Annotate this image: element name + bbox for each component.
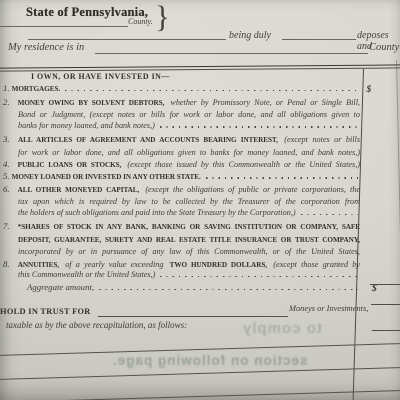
item-2-line-2: Bond or Judgment, (except notes or bills… — [3, 107, 360, 119]
item-clause: whether by Promissory Note, or Penal or … — [170, 98, 360, 107]
county-label: County. — [128, 17, 153, 26]
item-2-line-3: banks for money loaned, and bank notes,) — [3, 120, 360, 132]
leader-dots — [99, 289, 358, 290]
item-3-line-1: 3. ALL ARTICLES OF AGREEMENT AND ACCOUNT… — [3, 132, 360, 144]
item-heading: ALL ARTICLES OF AGREEMENT AND ACCOUNTS B… — [18, 136, 278, 144]
item-clause: (except those granted by — [273, 260, 360, 269]
item-heading: MONEY OWING BY SOLVENT DEBTORS, — [18, 99, 165, 107]
item-6-line-3: the holders of such obligations and paid… — [3, 207, 360, 219]
taxable-note: taxable as by the above recapitulation, … — [6, 320, 187, 330]
item-clause: for work or labor done, and all obligati… — [18, 148, 360, 157]
item-8-line-2: this Commonwealth or the United States,) — [3, 269, 360, 281]
item-6-line-2: tax upon which is required by law to be … — [3, 194, 360, 206]
item-clause: of a yearly value exceeding — [65, 260, 163, 269]
document-page: State of Pennsylvania, County. } being d… — [0, 0, 400, 400]
item-7-line-1: 7. *SHARES OF STOCK IN ANY BANK, BANKING… — [3, 219, 360, 231]
item-clause: tax upon which is required by law to be … — [18, 197, 360, 206]
item-number: 6. — [3, 184, 10, 194]
item-number: 8. — [3, 259, 10, 269]
item-8-line-1: 8. ANNUITIES, of a yearly value exceedin… — [3, 257, 360, 269]
item-number: 3. — [3, 134, 10, 144]
item-3-line-2: for work or labor done, and all obligati… — [3, 145, 360, 157]
dollar-sign-top: $ — [367, 85, 372, 95]
invested-items-section: I OWN, OR HAVE INVESTED IN— 1. MORTGAGES… — [3, 70, 360, 294]
item-clause: banks for money loaned, and bank notes,) — [18, 120, 155, 132]
item-clause: (except the obligations of public or pri… — [145, 185, 360, 194]
section-title: I OWN, OR HAVE INVESTED IN— — [3, 70, 360, 82]
hold-in-trust-blank-line — [98, 316, 288, 317]
item-clause: Bond or Judgment, (except notes or bills… — [18, 110, 360, 119]
bleedthrough-text-2: section on following page. — [112, 353, 308, 368]
leader-dots — [65, 90, 358, 91]
being-duly-label: being duly — [229, 30, 271, 41]
item-clause: this Commonwealth or the United States,) — [18, 269, 155, 281]
hold-in-trust-label: HOLD IN TRUST FOR — [0, 307, 91, 316]
item-heading: ALL OTHER MONEYED CAPITAL, — [18, 186, 140, 194]
item-heading: ANNUITIES, — [18, 261, 59, 269]
aggregate-box-bottom-line — [371, 304, 400, 305]
item-number: 1. — [3, 82, 10, 94]
item-clause: the holders of such obligations and paid… — [18, 207, 296, 219]
leader-dots — [301, 214, 358, 215]
item-number: 7. — [3, 221, 10, 231]
item-2-line-1: 2. MONEY OWING BY SOLVENT DEBTORS, wheth… — [3, 95, 360, 107]
amount-cell-line — [372, 330, 400, 331]
residence-label: My residence is in — [8, 42, 84, 53]
item-7-line-2: DEPOSIT, GUARANTEE, SURETY AND REAL ESTA… — [3, 232, 360, 244]
county-right-label: County — [369, 42, 399, 53]
item-clause: (except notes or bills — [284, 135, 360, 144]
item-heading: DEPOSIT, GUARANTEE, SURETY AND REAL ESTA… — [18, 236, 360, 244]
item-6-line-1: 6. ALL OTHER MONEYED CAPITAL, (except th… — [3, 182, 360, 194]
item-4-line-1: 4. PUBLIC LOANS OR STOCKS, (except those… — [3, 157, 360, 169]
ruled-line-3 — [0, 390, 400, 400]
item-1-line-1: 1. MORTGAGES. — [3, 82, 360, 94]
bleedthrough-text-1: to comply — [242, 320, 322, 337]
invested-items-list: 1. MORTGAGES.2. MONEY OWING BY SOLVENT D… — [3, 82, 360, 281]
moneys-note: Moneys or Investments, — [289, 304, 368, 313]
aggregate-row: Aggregate amount, — [3, 281, 360, 293]
item-number: 2. — [3, 97, 10, 107]
leader-dots — [206, 177, 358, 178]
county-blank-line — [0, 26, 128, 27]
aggregate-label: Aggregate amount, — [27, 281, 94, 293]
leader-dots — [160, 126, 358, 127]
item-heading: TWO HUNDRED DOLLARS, — [170, 261, 267, 269]
item-heading: *SHARES OF STOCK IN ANY BANK, BANKING OR… — [18, 223, 360, 231]
item-number: 4. — [3, 159, 10, 169]
residence-blank-line — [95, 53, 368, 54]
county-brace-icon: } — [155, 1, 170, 32]
ruled-line-2 — [0, 367, 400, 380]
item-5-line-1: 5. MONEY LOANED OR INVESTED IN ANY OTHER… — [3, 170, 360, 182]
item-7-line-3: incorporated by or in pursuance of any l… — [3, 244, 360, 256]
item-heading: PUBLIC LOANS OR STOCKS, — [18, 161, 122, 169]
leader-dots — [160, 276, 358, 277]
dollar-sign-aggregate: $ — [372, 284, 377, 294]
paper-edge-line — [396, 60, 400, 400]
duly-blank-line — [282, 39, 356, 40]
item-clause: (except those issued by this Commonwealt… — [127, 160, 360, 169]
item-number: 5. — [3, 170, 10, 182]
affiant-blank-line — [28, 39, 226, 40]
item-clause: incorporated by or in pursuance of any l… — [18, 247, 360, 256]
